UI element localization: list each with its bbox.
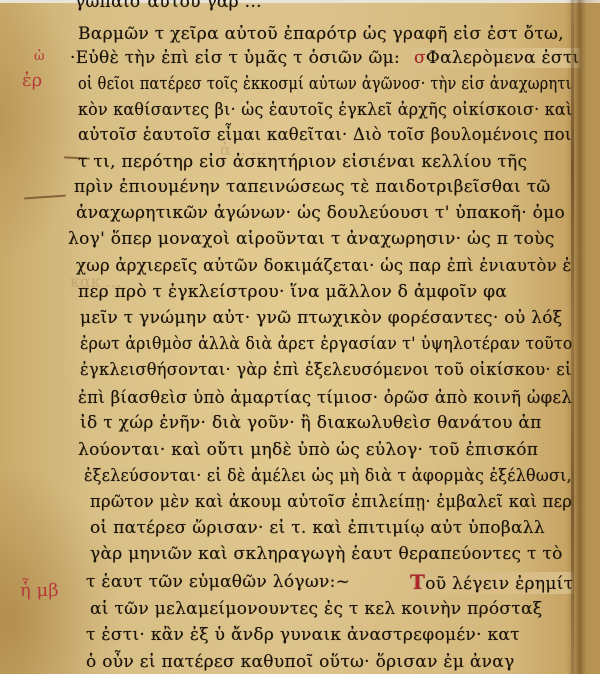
text-line: ἐρωτ ἀριθμὸσ ἀλλὰ διὰ ἀρετ ἐργασίαν τ' ὑ…: [80, 334, 573, 354]
rubricated-phrase: σΦαλερὸμενα ἐστι: [412, 48, 580, 68]
text-line: περ πρὸ τ ἐγκλείστρου· ἵνα μᾶλλον δ ἀμφο…: [78, 282, 507, 302]
manuscript-page: κακ ... ἁ .. ... ὠ ἐρ ὠ ἐρ ἧ μβ γωπαισ α…: [0, 0, 600, 674]
text-line-main: ·Εὐθὲ τὴν ἐπὶ εἰσ τ ὑμᾶς τ ὁσιῶν ῶμ:: [70, 48, 400, 68]
text-line: γὰρ μηνιῶν καὶ σκληραγωγὴ ἑαυτ θεραπεύον…: [90, 544, 563, 564]
text-line: λούονται· καὶ οὔτι μηδὲ ὑπὸ ὡς εὐλογ· το…: [78, 440, 538, 460]
text-line: λογ' ὅπερ μοναχοὶ αἱροῦνται τ ἀναχωρησιν…: [68, 229, 555, 249]
text-line: γωπαισ αὐτου γὰρ ...: [75, 0, 262, 12]
text-line: οἱ θεῖοι πατέρεσ τοῖς ἐκκοσμί αὐτων ἀγῶν…: [78, 74, 572, 94]
text-line: αὐτοῖσ ἑαυτοῖσ εἶμαι καθεῖται· Διὸ τοῖσ …: [78, 125, 572, 145]
text-line: ·Εὐθὲ τὴν ἐπὶ εἰσ τ ὑμᾶς τ ὁσιῶν ῶμ:: [70, 48, 400, 68]
text-line: τ ἑαυτ τῶν εὐμαθῶν λόγων:~: [86, 572, 350, 592]
margin-stroke: [24, 195, 66, 200]
text-line: χωρ ἀρχιερεῖς αὐτῶν δοκιμάζεται· ὡς παρ …: [76, 256, 572, 276]
rubric-initial: Τ: [410, 570, 425, 594]
text-line: μεῖν τ γνώμην αὐτ· γνῶ πτωχικὸν φορέσαντ…: [80, 308, 562, 328]
margin-note-superscript: ὠ: [34, 49, 45, 64]
binding-fold: [571, 0, 574, 674]
text-line: τ ἐστι· κἂν ἐξ ὑ ἄνδρ γυναικ ἀναστρεφομέ…: [86, 625, 520, 645]
text-line: ἰδ τ χώρ ἐνῆν· διὰ γοῦν· ἢ διακωλυθεὶσ θ…: [80, 413, 542, 433]
margin-note-red: ἧ μβ: [20, 582, 59, 600]
text-line: οἱ πατέρεσ ὥρισαν· εἰ τ. καὶ ἐπιτιμίῳ αὐ…: [90, 518, 545, 538]
rubricated-phrase: Τοῦ λέγειν ἐρημίτ: [408, 572, 573, 594]
text-line-main: τ ἑαυτ τῶν εὐμαθῶν λόγων:~: [86, 572, 350, 592]
text-line: Βαρμῶν τ χεῖρα αὐτοῦ ἐπαρότρ ὡς γραφῆ εἰ…: [78, 24, 564, 44]
text-line: κὸν καθίσαντες βι· ὡς ἑαυτοῖς ἐγκλεῖ ἀρχ…: [78, 100, 572, 120]
text-line: τ τι, περότηρ εἰσ ἀσκητήριον εἰσιέναι κε…: [78, 152, 527, 172]
text-line: πρὶν ἐπιουμένην ταπεινώσεως τὲ παιδοτριβ…: [74, 177, 551, 197]
text-line: αἱ τῶν μελαμείμονουντες ἐς τ κελ κοινὴν …: [90, 599, 542, 619]
text-line: πρῶτον μὲν καὶ ἀκουμ αὐτοῖσ ἐπιλείπῃ· ἐμ…: [90, 492, 572, 512]
margin-note-red: ὠ ἐρ ὠ ἐρ: [22, 52, 42, 90]
margin-note-text: ἧ μβ: [20, 580, 59, 601]
rubric-initial: σ: [414, 48, 426, 68]
text-line: ἀναχωρητικῶν ἀγώνων· ὡς δουλεύουσι τ' ὑπ…: [76, 203, 565, 223]
text-line-rest: Φαλερὸμενα ἐστι: [426, 48, 580, 68]
text-line: ὁ οὖν εἰ πατέρεσ καθυποῖ οὕτω· ὅρισαν ἐμ…: [86, 652, 515, 672]
text-line-rest: οῦ λέγειν ἐρημίτ: [425, 574, 573, 594]
text-line: ἐπὶ βίασθεὶσ ὑπὸ ἀμαρτίας τίμιοσ· ὀρῶσ ἀ…: [78, 388, 572, 408]
text-line: ἐξελεύσονται· εἰ δὲ ἀμέλει ὡς μὴ διὰ τ ἀ…: [84, 466, 572, 486]
text-line: ἐγκλεισθήσονται· γὰρ ἐπὶ ἐξελευσόμενοι τ…: [80, 360, 572, 380]
margin-note-main: ἐρ: [22, 70, 42, 91]
